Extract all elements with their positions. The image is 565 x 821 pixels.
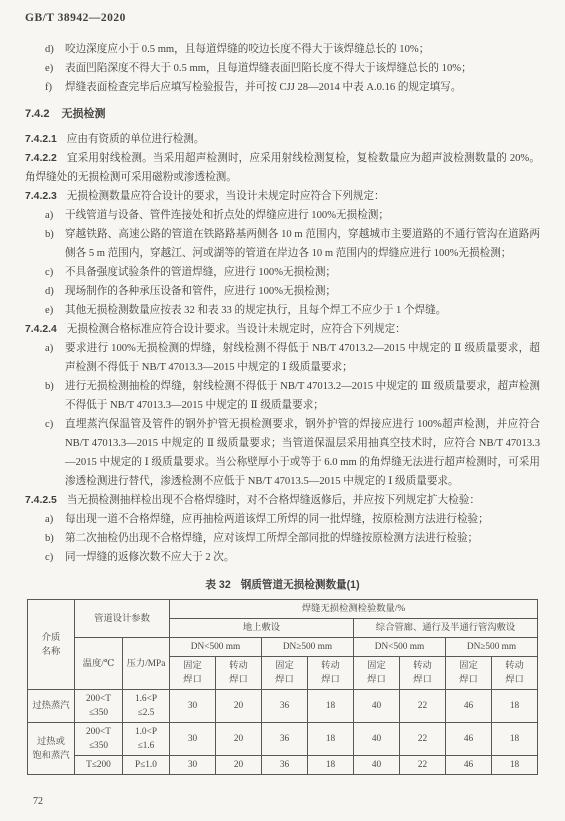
value-cell: 46 <box>445 723 491 756</box>
list-item: b) 穿越铁路、高速公路的管道在铁路路基两侧各 10 m 范围内，穿越城市主要道… <box>25 225 540 263</box>
list-item: e) 其他无损检测数量应按表 32 和表 33 的规定执行，且每个焊工不应少于 … <box>25 301 540 320</box>
section-title: 无损检测 <box>61 108 105 120</box>
clause-7422: 7.4.2.2宜采用射线检测。当采用超声检测时，应采用射线检测复检，复检数量应为… <box>25 149 540 187</box>
value-cell: 46 <box>445 756 491 775</box>
item-label: c) <box>45 415 65 491</box>
rotating-joint-label: 转动 焊口 <box>321 659 340 687</box>
item-text: 咬边深度应小于 0.5 mm，且每道焊缝的咬边长度不得大于该焊缝总长的 10%； <box>65 40 540 59</box>
item-text: 现场制作的各种承压设备和管件，应进行 100%无损检测； <box>65 282 540 301</box>
section-number: 7.4.2 <box>25 108 49 120</box>
medium-label: 过热或 饱和蒸汽 <box>32 735 69 763</box>
item-text: 不具备强度试验条件的管道焊缝，应进行 100%无损检测； <box>65 263 540 282</box>
item-label: b) <box>45 225 65 263</box>
value-cell: 22 <box>399 756 445 775</box>
rotating-joint-label: 转动 焊口 <box>229 659 248 687</box>
header-cell-utility-tunnel: 综合管廊、通行及半通行管沟敷设 <box>353 619 537 638</box>
fixed-joint-label: 固定 焊口 <box>367 659 386 687</box>
list-item: b) 进行无损检测抽检的焊缝，射线检测不得低于 NB/T 47013.2—201… <box>25 377 540 415</box>
clause-number: 7.4.2.4 <box>25 324 57 335</box>
header-cell-fixed-joint: 固定 焊口 <box>261 657 307 690</box>
item-text: 焊缝表面检查完毕后应填写检验报告，并可按 CJJ 28—2014 中表 A.0.… <box>65 78 540 97</box>
value-cell: 36 <box>261 690 307 723</box>
clause-7425: 7.4.2.5当无损检测抽样检出现不合格焊缝时，对不合格焊缝返修后，并应按下列规… <box>25 491 540 510</box>
temp-cell: T≤200 <box>74 756 122 775</box>
item-text: 表面凹陷深度不得大于 0.5 mm，且每道焊缝表面凹陷长度不得大于该焊缝总长的 … <box>65 59 540 78</box>
header-cell-dn-large: DN≥500 mm <box>261 638 353 657</box>
section-heading: 7.4.2无损检测 <box>25 105 540 124</box>
table-row-superheated-or-saturated-1: 过热或 饱和蒸汽 200<T ≤350 1.0<P ≤1.6 30 20 36 … <box>27 723 537 756</box>
value-cell: 20 <box>215 756 261 775</box>
value-cell: 20 <box>215 690 261 723</box>
clause-text: 宜采用射线检测。当采用超声检测时，应采用射线检测复检，复检数量应为超声波检测数量… <box>25 153 540 183</box>
table-number: 表 32 <box>205 579 230 591</box>
value-cell: 40 <box>353 690 399 723</box>
header-cell-rotating-joint: 转动 焊口 <box>215 657 261 690</box>
header-cell-pressure: 压力/MPa <box>122 638 169 690</box>
header-medium-label: 介质 名称 <box>42 631 61 659</box>
clause-text: 无损检测合格标准应符合设计要求。当设计未规定时，应符合下列规定： <box>67 324 406 335</box>
value-cell: 18 <box>491 756 537 775</box>
item-label: a) <box>45 206 65 225</box>
item-text: 穿越铁路、高速公路的管道在铁路路基两侧各 10 m 范围内，穿越城市主要道路的不… <box>65 225 540 263</box>
list-item: d) 现场制作的各种承压设备和管件，应进行 100%无损检测； <box>25 282 540 301</box>
list-item: a) 每出现一道不合格焊缝，应再抽检两道该焊工所焊的同一批焊缝，按原检测方法进行… <box>25 510 540 529</box>
clause-number: 7.4.2.1 <box>25 134 57 145</box>
pressure-cell: 1.6<P ≤2.5 <box>122 690 169 723</box>
temp-range: 200<T ≤350 <box>86 725 111 753</box>
medium-cell: 过热或 饱和蒸汽 <box>27 723 74 775</box>
clause-number: 7.4.2.5 <box>25 495 57 506</box>
header-cell-design-params: 管道设计参数 <box>74 600 169 638</box>
item-label: e) <box>45 301 65 320</box>
item-label: a) <box>45 339 65 377</box>
header-cell-above-ground: 地上敷设 <box>169 619 353 638</box>
clause-7421: 7.4.2.1应由有资质的单位进行检测。 <box>25 130 540 149</box>
item-text: 每出现一道不合格焊缝，应再抽检两道该焊工所焊的同一批焊缝，按原检测方法进行检验； <box>65 510 540 529</box>
item-text: 进行无损检测抽检的焊缝，射线检测不得低于 NB/T 47013.2—2015 中… <box>65 377 540 415</box>
standard-number: GB/T 38942—2020 <box>25 12 540 24</box>
header-cell-fixed-joint: 固定 焊口 <box>445 657 491 690</box>
clause-number: 7.4.2.2 <box>25 153 57 164</box>
item-label: b) <box>45 529 65 548</box>
item-label: c) <box>45 548 65 567</box>
table32: 介质 名称 管道设计参数 焊缝无损检测检验数量/% 地上敷设 综合管廊、通行及半… <box>27 599 538 775</box>
page-number: 72 <box>33 796 43 807</box>
document-body: d) 咬边深度应小于 0.5 mm，且每道焊缝的咬边长度不得大于该焊缝总长的 1… <box>25 40 540 567</box>
table-caption: 钢质管道无损检测数量(1) <box>241 579 360 591</box>
list-item: c) 直埋蒸汽保温管及管件的钢外护管无损检测要求，钢外护管的焊接应进行 100%… <box>25 415 540 491</box>
fixed-joint-label: 固定 焊口 <box>183 659 202 687</box>
header-cell-rotating-joint: 转动 焊口 <box>399 657 445 690</box>
list-item: c) 同一焊缝的返修次数不应大于 2 次。 <box>25 548 540 567</box>
pressure-range: 1.0<P ≤1.6 <box>135 725 157 753</box>
temp-range: 200<T ≤350 <box>86 692 111 720</box>
value-cell: 18 <box>307 756 353 775</box>
value-cell: 30 <box>169 690 215 723</box>
value-cell: 40 <box>353 723 399 756</box>
value-cell: 36 <box>261 723 307 756</box>
surface-check-list: d) 咬边深度应小于 0.5 mm，且每道焊缝的咬边长度不得大于该焊缝总长的 1… <box>25 40 540 97</box>
medium-cell: 过热蒸汽 <box>27 690 74 723</box>
list-item: a) 干线管道与设备、管件连接处和折点处的焊缝应进行 100%无损检测； <box>25 206 540 225</box>
header-cell-inspection-qty: 焊缝无损检测检验数量/% <box>169 600 537 619</box>
header-cell-rotating-joint: 转动 焊口 <box>491 657 537 690</box>
item-label: d) <box>45 40 65 59</box>
item-label: e) <box>45 59 65 78</box>
value-cell: 22 <box>399 723 445 756</box>
clause-7423: 7.4.2.3无损检测数量应符合设计的要求，当设计未规定时应符合下列规定： <box>25 187 540 206</box>
header-cell-dn-small: DN<500 mm <box>353 638 445 657</box>
list-item: e) 表面凹陷深度不得大于 0.5 mm，且每道焊缝表面凹陷长度不得大于该焊缝总… <box>25 59 540 78</box>
item-label: a) <box>45 510 65 529</box>
rotating-joint-label: 转动 焊口 <box>413 659 432 687</box>
clause-7423-list: a) 干线管道与设备、管件连接处和折点处的焊缝应进行 100%无损检测； b) … <box>25 206 540 320</box>
header-row-1: 介质 名称 管道设计参数 焊缝无损检测检验数量/% <box>27 600 537 619</box>
fixed-joint-label: 固定 焊口 <box>459 659 478 687</box>
temp-cell: 200<T ≤350 <box>74 690 122 723</box>
value-cell: 18 <box>491 690 537 723</box>
clause-text: 应由有资质的单位进行检测。 <box>67 134 205 145</box>
header-cell-fixed-joint: 固定 焊口 <box>169 657 215 690</box>
value-cell: 40 <box>353 756 399 775</box>
list-item: d) 咬边深度应小于 0.5 mm，且每道焊缝的咬边长度不得大于该焊缝总长的 1… <box>25 40 540 59</box>
clause-text: 当无损检测抽样检出现不合格焊缝时，对不合格焊缝返修后，并应按下列规定扩大检验： <box>67 495 480 506</box>
clause-7424-list: a) 要求进行 100%无损检测的焊缝，射线检测不得低于 NB/T 47013.… <box>25 339 540 491</box>
fixed-joint-label: 固定 焊口 <box>275 659 294 687</box>
value-cell: 36 <box>261 756 307 775</box>
value-cell: 18 <box>491 723 537 756</box>
item-text: 要求进行 100%无损检测的焊缝，射线检测不得低于 NB/T 47013.2—2… <box>65 339 540 377</box>
header-row-3: 温度/℃ 压力/MPa DN<500 mm DN≥500 mm DN<500 m… <box>27 638 537 657</box>
header-cell-rotating-joint: 转动 焊口 <box>307 657 353 690</box>
header-cell-fixed-joint: 固定 焊口 <box>353 657 399 690</box>
item-text: 干线管道与设备、管件连接处和折点处的焊缝应进行 100%无损检测； <box>65 206 540 225</box>
clause-number: 7.4.2.3 <box>25 191 57 202</box>
header-cell-temperature: 温度/℃ <box>74 638 122 690</box>
pressure-cell: P≤1.0 <box>122 756 169 775</box>
header-cell-dn-large: DN≥500 mm <box>445 638 537 657</box>
temp-range: T≤200 <box>86 758 111 772</box>
clause-7425-list: a) 每出现一道不合格焊缝，应再抽检两道该焊工所焊的同一批焊缝，按原检测方法进行… <box>25 510 540 567</box>
pressure-range: 1.6<P ≤2.5 <box>135 692 157 720</box>
value-cell: 30 <box>169 723 215 756</box>
value-cell: 20 <box>215 723 261 756</box>
value-cell: 18 <box>307 690 353 723</box>
item-label: c) <box>45 263 65 282</box>
rotating-joint-label: 转动 焊口 <box>505 659 524 687</box>
clause-7424: 7.4.2.4无损检测合格标准应符合设计要求。当设计未规定时，应符合下列规定： <box>25 320 540 339</box>
clause-text: 无损检测数量应符合设计的要求，当设计未规定时应符合下列规定： <box>67 191 385 202</box>
item-text: 直埋蒸汽保温管及管件的钢外护管无损检测要求，钢外护管的焊接应进行 100%超声检… <box>65 415 540 491</box>
item-label: d) <box>45 282 65 301</box>
list-item: c) 不具备强度试验条件的管道焊缝，应进行 100%无损检测； <box>25 263 540 282</box>
document-page: GB/T 38942—2020 d) 咬边深度应小于 0.5 mm，且每道焊缝的… <box>0 0 565 821</box>
item-text: 同一焊缝的返修次数不应大于 2 次。 <box>65 548 540 567</box>
item-label: f) <box>45 78 65 97</box>
value-cell: 18 <box>307 723 353 756</box>
pressure-cell: 1.0<P ≤1.6 <box>122 723 169 756</box>
value-cell: 22 <box>399 690 445 723</box>
table-title: 表 32钢质管道无损检测数量(1) <box>25 577 540 592</box>
list-item: b) 第二次抽检仍出现不合格焊缝，应对该焊工所焊全部同批的焊缝按原检测方法进行检… <box>25 529 540 548</box>
value-cell: 30 <box>169 756 215 775</box>
list-item: a) 要求进行 100%无损检测的焊缝，射线检测不得低于 NB/T 47013.… <box>25 339 540 377</box>
list-item: f) 焊缝表面检查完毕后应填写检验报告，并可按 CJJ 28—2014 中表 A… <box>25 78 540 97</box>
item-text: 第二次抽检仍出现不合格焊缝，应对该焊工所焊全部同批的焊缝按原检测方法进行检验； <box>65 529 540 548</box>
item-label: b) <box>45 377 65 415</box>
table-row-superheated-steam: 过热蒸汽 200<T ≤350 1.6<P ≤2.5 30 20 36 18 4… <box>27 690 537 723</box>
value-cell: 46 <box>445 690 491 723</box>
header-cell-dn-small: DN<500 mm <box>169 638 261 657</box>
item-text: 其他无损检测数量应按表 32 和表 33 的规定执行，且每个焊工不应少于 1 个… <box>65 301 540 320</box>
header-cell-medium: 介质 名称 <box>27 600 74 690</box>
temp-cell: 200<T ≤350 <box>74 723 122 756</box>
table-row-superheated-or-saturated-2: T≤200 P≤1.0 30 20 36 18 40 22 46 18 <box>27 756 537 775</box>
pressure-range: P≤1.0 <box>135 758 157 772</box>
